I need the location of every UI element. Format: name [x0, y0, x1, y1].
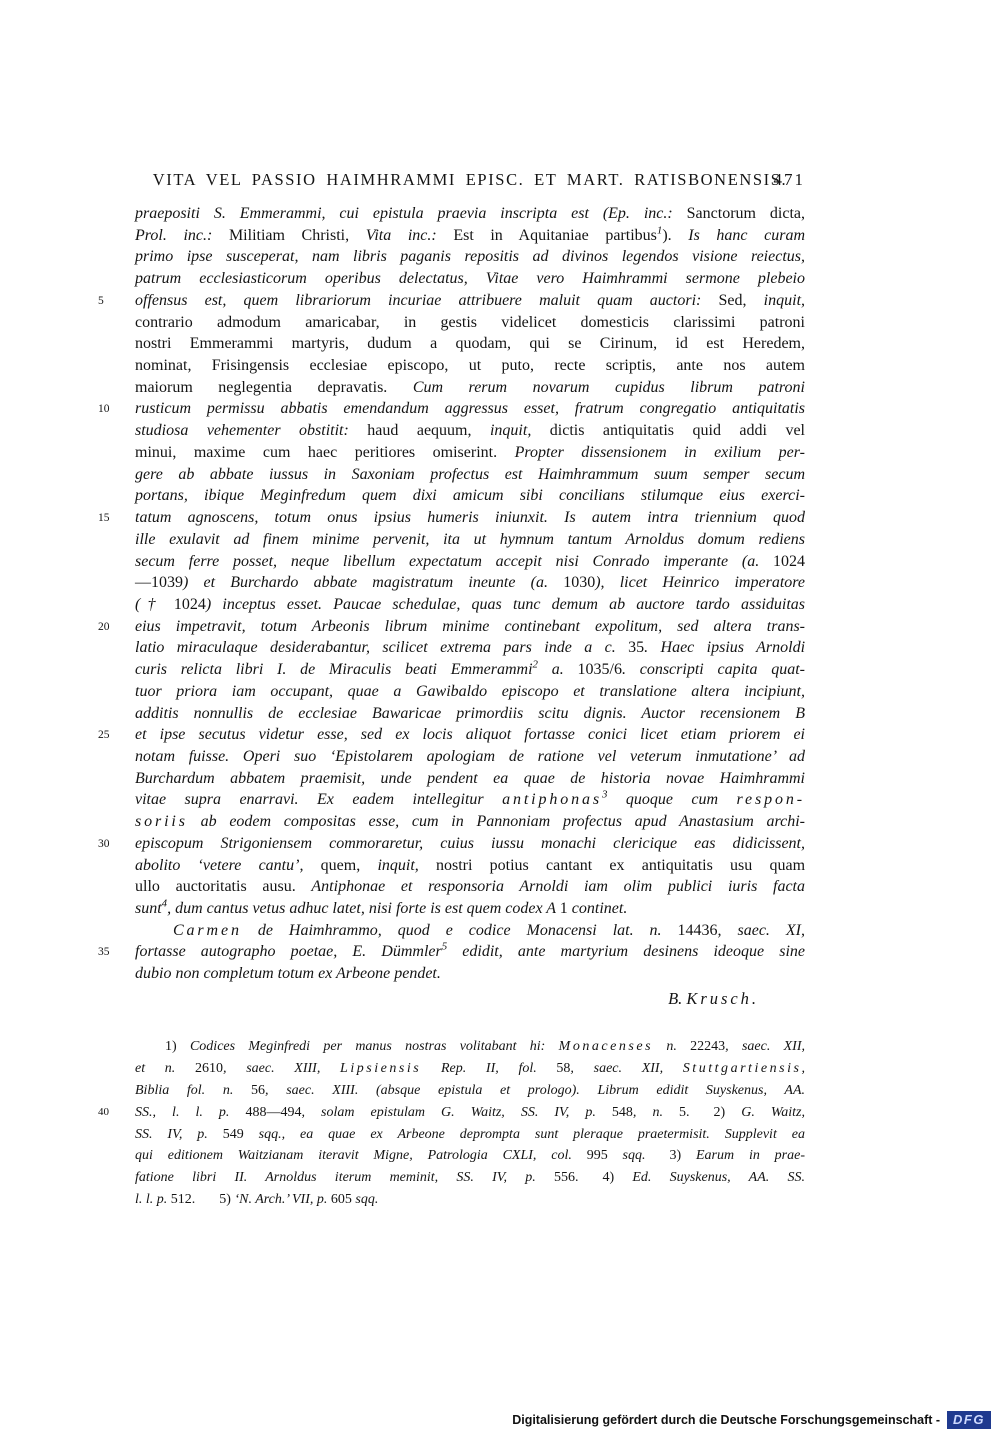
text-line: qui editionem Waitzianam iteravit Migne,…: [135, 1145, 805, 1167]
text-line: soriis ab eodem compositas esse, cum in …: [135, 811, 805, 833]
text-segment: 3): [670, 1148, 697, 1163]
text-line: nostri Emmerammi martyris, dudum a quoda…: [135, 333, 805, 355]
text-segment: ille exulavit ad finem minime pervenit, …: [135, 531, 805, 548]
text-segment: tatum agnoscens, totum onus ipsius humer…: [135, 509, 805, 526]
text-segment: haud aequum,: [367, 422, 490, 439]
text-line: ullo auctoritatis ausu. Antiphonae et re…: [135, 876, 805, 898]
margin-line-number: 35: [98, 942, 128, 964]
text-segment: antiphonas: [502, 791, 602, 808]
text-line: 15tatum agnoscens, totum onus ipsius hum…: [135, 507, 805, 529]
text-line: 5offensus est, quem librariorum incuriae…: [135, 290, 805, 312]
margin-line-number: 15: [98, 508, 128, 530]
text-segment: maiorum neglegentia depravatis.: [135, 379, 413, 396]
text-line: SS. IV, p. 549 sqq., ea quae ex Arbeone …: [135, 1124, 805, 1146]
text-segment: Is hanc curam: [688, 227, 805, 244]
text-segment: 556.: [554, 1170, 579, 1185]
text-segment: 2): [714, 1105, 742, 1120]
text-segment: curis relicta libri I. de Miraculis beat…: [135, 661, 533, 678]
text-segment: ).: [662, 227, 688, 244]
text-segment: continet.: [568, 900, 628, 917]
text-segment: notam fuisse. Operi suo ‘Epistolarem apo…: [135, 748, 805, 765]
text-line: nominat, Frisingensis ecclesiae episcopo…: [135, 355, 805, 377]
text-segment: et ipse secutus videtur esse, sed ex loc…: [135, 726, 805, 743]
text-line: Burchardum abbatem praemisit, unde pende…: [135, 768, 805, 790]
text-segment: 1030: [563, 574, 595, 591]
text-segment: contrario admodum amaricabar, in gestis …: [135, 314, 805, 331]
text-line: notam fuisse. Operi suo ‘Epistolarem apo…: [135, 746, 805, 768]
text-segment: ‘N. Arch.’ VII, p.: [234, 1192, 330, 1207]
text-segment: nominat, Frisingensis ecclesiae episcopo…: [135, 357, 805, 374]
text-segment: secum ferre posset, neque libellum expec…: [135, 553, 773, 570]
text-segment: studiosa vehementer obstitit:: [135, 422, 367, 439]
text-segment: nostri Emmerammi martyris, dudum a quoda…: [135, 335, 805, 352]
text-segment: sunt: [135, 900, 162, 917]
margin-line-number: 30: [98, 834, 128, 856]
dfg-logo: DFG: [947, 1411, 991, 1429]
text-line: additis nonnullis de ecclesiae Bawaricae…: [135, 703, 805, 725]
text-segment: de Haimhrammo, quod e codice Monacensi l…: [242, 922, 678, 939]
text-line: fatione libri II. Arnoldus iterum memini…: [135, 1167, 805, 1189]
text-line: († 1024) inceptus esset. Paucae schedula…: [135, 594, 805, 616]
text-segment: 14436: [678, 922, 718, 939]
text-line: l. l. p. 512.5) ‘N. Arch.’ VII, p. 605 s…: [135, 1189, 805, 1211]
text-segment: Sed,: [719, 292, 764, 309]
text-line: praepositi S. Emmerammi, cui epistula pr…: [135, 203, 805, 225]
margin-line-number: 10: [98, 399, 128, 421]
text-segment: , saec. XII,: [725, 1039, 805, 1054]
text-line: Carmen de Haimhrammo, quod e codice Mona…: [135, 920, 805, 942]
text-segment: inquit,: [377, 857, 436, 874]
text-segment: Militiam Christi,: [229, 227, 366, 244]
text-segment: SS. IV, p.: [135, 1127, 223, 1142]
page-header: VITA VEL PASSIO HAIMHRAMMI EPISC. ET MAR…: [135, 170, 805, 192]
margin-line-number: 5: [98, 291, 128, 313]
text-segment: , saec. XII,: [570, 1061, 682, 1076]
text-line: tuor priora iam occupant, quae a Gawibal…: [135, 681, 805, 703]
text-segment: eius impetravit, totum Arbeonis librum m…: [135, 618, 805, 635]
text-line: studiosa vehementer obstitit: haud aequu…: [135, 420, 805, 442]
text-segment: ,: [801, 1061, 805, 1076]
text-segment: Antiphonae et responsoria Arnoldi iam ol…: [311, 878, 805, 895]
author-signature: B. Krusch.: [135, 988, 805, 1010]
text-segment: quem,: [321, 857, 378, 874]
text-segment: quoque cum: [607, 791, 736, 808]
text-segment: dubio non completum totum ex Arbeone pen…: [135, 965, 441, 982]
text-segment: sqq., ea quae ex Arbeone deprompta sunt …: [244, 1127, 805, 1142]
text-segment: praepositi S. Emmerammi, cui epistula pr…: [135, 205, 687, 222]
text-segment: vitae supra enarravi. Ex eadem intellegi…: [135, 791, 502, 808]
text-segment: Sanctorum dicta,: [687, 205, 805, 222]
digitization-credit: Digitalisierung gefördert durch die Deut…: [512, 1413, 940, 1427]
text-line: 40SS., l. l. p. 488—494, solam epistulam…: [135, 1102, 805, 1124]
text-segment: et n.: [135, 1061, 195, 1076]
text-segment: nostri potius cantant ex antiquitatis us…: [436, 857, 805, 874]
text-segment: ab eodem compositas esse, cum in Pannoni…: [188, 813, 805, 830]
text-segment: Earum in prae-: [696, 1148, 805, 1163]
text-segment: Krusch.: [686, 989, 759, 1008]
text-segment: Ed. Suyskenus, AA. SS.: [632, 1170, 805, 1185]
text-segment: 488—494: [245, 1105, 301, 1120]
text-segment: minui, maxime cum haec peritiores omiser…: [135, 444, 515, 461]
text-segment: —1039: [135, 574, 183, 591]
text-segment: rusticum permissu abbatis emendandum agg…: [135, 400, 805, 417]
text-segment: 548: [612, 1105, 633, 1120]
text-line: Prol. inc.: Militiam Christi, Vita inc.:…: [135, 225, 805, 247]
text-segment: . Haec ipsius Arnoldi: [644, 639, 805, 656]
text-line: —1039) et Burchardo abbate magistratum i…: [135, 572, 805, 594]
text-segment: patrum ecclesiasticorum operibus delecta…: [135, 270, 805, 287]
margin-line-number: 20: [98, 617, 128, 639]
text-segment: n.: [653, 1039, 690, 1054]
text-line: vitae supra enarravi. Ex eadem intellegi…: [135, 789, 805, 811]
text-segment: offensus est, quem librariorum incuriae …: [135, 292, 719, 309]
text-line: et n. 2610, saec. XIII, Lipsiensis Rep. …: [135, 1058, 805, 1080]
text-segment: inquit,: [764, 292, 805, 309]
text-segment: gere ab abbate iussus in Saxoniam profec…: [135, 466, 805, 483]
page-number: 471: [774, 170, 806, 190]
text-segment: Rep. II, fol.: [421, 1061, 556, 1076]
text-segment: Propter dissensionem in exilium per-: [515, 444, 805, 461]
text-segment: Biblia fol. n.: [135, 1083, 251, 1098]
text-segment: 5): [219, 1192, 234, 1207]
text-line: portans, ibique Meginfredum quem dixi am…: [135, 485, 805, 507]
text-segment: soriis: [135, 813, 188, 830]
text-segment: tuor priora iam occupant, quae a Gawibal…: [135, 683, 805, 700]
text-segment: 512.: [171, 1192, 196, 1207]
text-segment: portans, ibique Meginfredum quem dixi am…: [135, 487, 805, 504]
text-line: secum ferre posset, neque libellum expec…: [135, 551, 805, 573]
text-line: 10rusticum permissu abbatis emendandum a…: [135, 398, 805, 420]
text-segment: additis nonnullis de ecclesiae Bawaricae…: [135, 705, 805, 722]
text-segment: 1024: [174, 596, 206, 613]
text-segment: 605: [331, 1192, 352, 1207]
text-line: maiorum neglegentia depravatis. Cum reru…: [135, 377, 805, 399]
text-line: 20eius impetravit, totum Arbeonis librum…: [135, 616, 805, 638]
text-segment: 995: [587, 1148, 608, 1163]
text-line: sunt4, dum cantus vetus adhuc latet, nis…: [135, 898, 805, 920]
text-line: Biblia fol. n. 56, saec. XIII. (absque e…: [135, 1080, 805, 1102]
text-segment: SS., l. l. p.: [135, 1105, 245, 1120]
text-segment: Carmen: [173, 922, 242, 939]
text-segment: G. Waitz,: [741, 1105, 805, 1120]
text-segment: fatione libri II. Arnoldus iterum memini…: [135, 1170, 554, 1185]
text-segment: edidit, ante martyrium desinens ideoque …: [447, 943, 805, 960]
text-segment: episcopum Strigoniensem commoraretur, cu…: [135, 835, 805, 852]
text-segment: Codices Meginfredi per manus nostras vol…: [190, 1039, 559, 1054]
text-segment: , n.: [633, 1105, 679, 1120]
text-segment: Vita inc.:: [366, 227, 454, 244]
text-segment: 549: [223, 1127, 244, 1142]
text-segment: B.: [668, 989, 686, 1008]
text-segment: primo ipse susceperat, nam libris pagani…: [135, 248, 805, 265]
text-segment: respon-: [737, 791, 805, 808]
text-segment: inquit,: [490, 422, 550, 439]
text-line: curis relicta libri I. de Miraculis beat…: [135, 659, 805, 681]
text-segment: Prol. inc.:: [135, 227, 229, 244]
text-line: latio miraculaque desiderabantur, scilic…: [135, 637, 805, 659]
text-segment: 1): [165, 1039, 190, 1054]
text-segment: , saec. XIII. (absque epistula et prolog…: [265, 1083, 805, 1098]
text-line: primo ipse susceperat, nam libris pagani…: [135, 246, 805, 268]
text-segment: Lipsiensis: [340, 1061, 421, 1076]
footnotes-block: 1) Codices Meginfredi per manus nostras …: [135, 1036, 805, 1211]
text-line: patrum ecclesiasticorum operibus delecta…: [135, 268, 805, 290]
text-segment: a.: [538, 661, 578, 678]
text-segment: , saec. XI,: [718, 922, 805, 939]
text-segment: Burchardum abbatem praemisit, unde pende…: [135, 770, 805, 787]
text-segment: Stuttgartiensis: [683, 1061, 802, 1076]
text-segment: Monacenses: [559, 1039, 653, 1054]
text-segment: 4): [602, 1170, 632, 1185]
digitization-footer: Digitalisierung gefördert durch die Deut…: [512, 1411, 991, 1429]
text-line: 25et ipse secutus videtur esse, sed ex l…: [135, 724, 805, 746]
margin-line-number: 40: [98, 1102, 128, 1124]
text-segment: sqq.: [352, 1192, 378, 1207]
text-segment: ) inceptus esset. Paucae schedulae, quas…: [206, 596, 805, 613]
text-segment: 56: [251, 1083, 265, 1098]
text-line: 30episcopum Strigoniensem commoraretur, …: [135, 833, 805, 855]
text-line: minui, maxime cum haec peritiores omiser…: [135, 442, 805, 464]
text-segment: 2610: [195, 1061, 223, 1076]
text-segment: , solam epistulam G. Waitz, SS. IV, p.: [301, 1105, 611, 1120]
running-title: VITA VEL PASSIO HAIMHRAMMI EPISC. ET MAR…: [135, 170, 805, 190]
text-segment: 1035/6: [578, 661, 622, 678]
text-segment: Est in Aquitaniae partibus: [453, 227, 657, 244]
text-segment: 22243: [690, 1039, 725, 1054]
text-segment: qui editionem Waitzianam iteravit Migne,…: [135, 1148, 587, 1163]
text-segment: l. l. p.: [135, 1192, 171, 1207]
text-segment: fortasse autographo poetae, E. Dümmler: [135, 943, 442, 960]
text-segment: 1: [560, 900, 568, 917]
text-line: 1) Codices Meginfredi per manus nostras …: [135, 1036, 805, 1058]
text-segment: 58: [556, 1061, 570, 1076]
text-segment: 1024: [773, 553, 805, 570]
text-segment: latio miraculaque desiderabantur, scilic…: [135, 639, 628, 656]
text-segment: , saec. XIII,: [223, 1061, 340, 1076]
text-segment: ullo auctoritatis ausu.: [135, 878, 311, 895]
text-segment: 5.: [679, 1105, 690, 1120]
text-segment: . conscripti capita quat-: [622, 661, 805, 678]
text-segment: 35: [628, 639, 644, 656]
text-line: 35fortasse autographo poetae, E. Dümmler…: [135, 941, 805, 963]
text-line: abolito ‘vetere cantu’, quem, inquit, no…: [135, 855, 805, 877]
margin-line-number: 25: [98, 725, 128, 747]
text-segment: (†: [135, 596, 174, 613]
main-text-block: praepositi S. Emmerammi, cui epistula pr…: [135, 203, 805, 985]
text-segment: ) et Burchardo abbate magistratum ineunt…: [183, 574, 563, 591]
text-segment: dictis antiquitatis quid addi vel: [550, 422, 805, 439]
text-line: dubio non completum totum ex Arbeone pen…: [135, 963, 805, 985]
text-line: contrario admodum amaricabar, in gestis …: [135, 312, 805, 334]
text-line: ille exulavit ad finem minime pervenit, …: [135, 529, 805, 551]
text-segment: , dum cantus vetus adhuc latet, nisi for…: [167, 900, 560, 917]
text-segment: Cum rerum novarum cupidus librum patroni: [413, 379, 805, 396]
text-segment: ), licet Heinrico imperatore: [595, 574, 805, 591]
text-segment: sqq.: [608, 1148, 646, 1163]
scanned-book-page: VITA VEL PASSIO HAIMHRAMMI EPISC. ET MAR…: [0, 0, 1000, 1434]
text-line: gere ab abbate iussus in Saxoniam profec…: [135, 464, 805, 486]
text-segment: abolito ‘vetere cantu’,: [135, 857, 321, 874]
